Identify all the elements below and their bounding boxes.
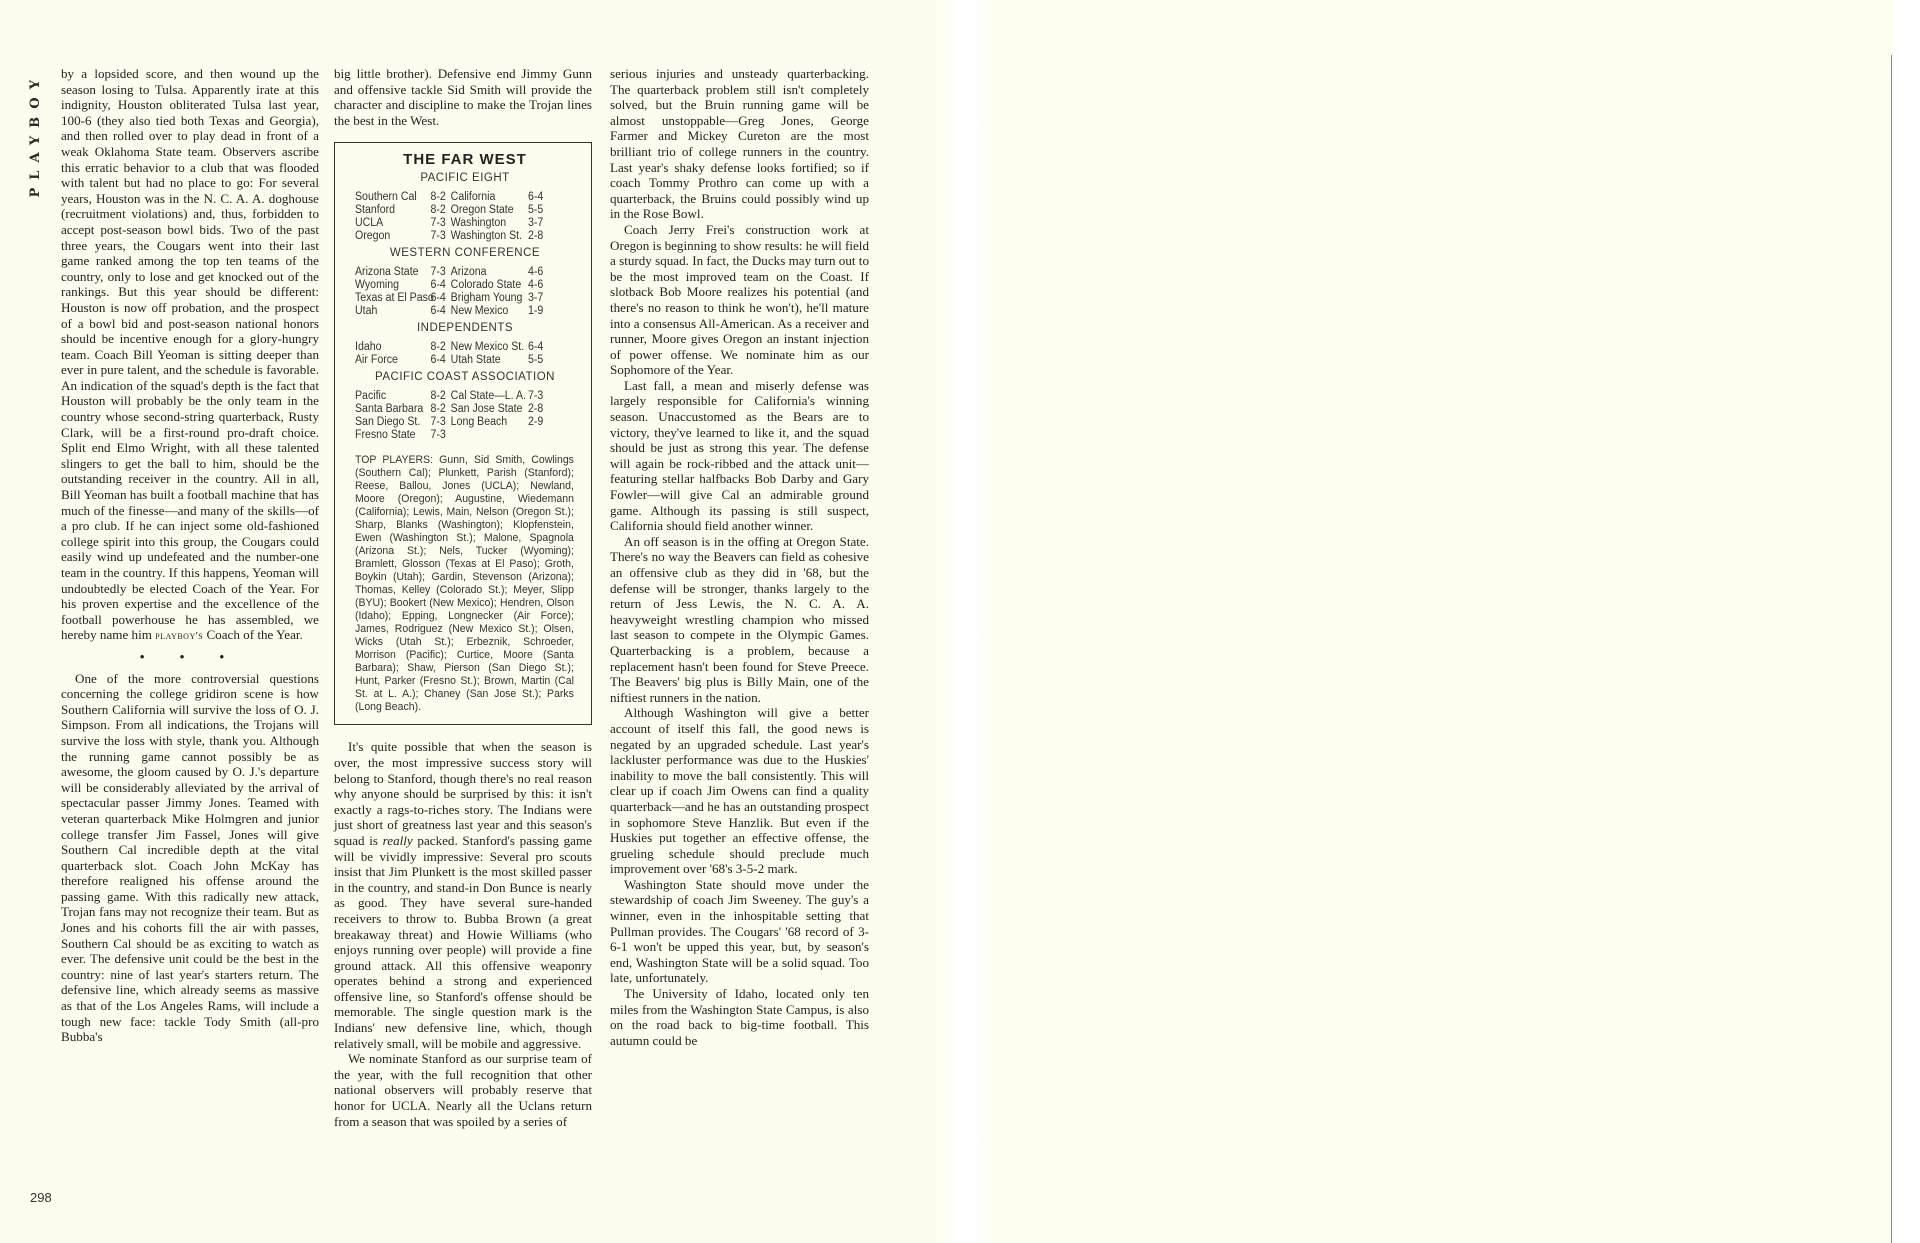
team-record: 6-4 xyxy=(430,292,450,305)
team-record: 6-4 xyxy=(430,305,450,318)
team-record: 3-7 xyxy=(528,217,548,230)
team-name: Fresno State xyxy=(355,429,430,442)
top-players-list: TOP PLAYERS: Gunn, Sid Smith, Cowlings (… xyxy=(355,454,574,714)
paragraph: The University of Idaho, located only te… xyxy=(610,986,869,1048)
team-record: 5-5 xyxy=(528,204,548,217)
page-number: 298 xyxy=(30,1190,52,1205)
team-record: 8-2 xyxy=(430,191,450,204)
team-name: Arizona xyxy=(451,266,528,279)
paragraph: serious injuries and unsteady quarterbac… xyxy=(610,66,869,222)
article-column-2: big little brother). Defensive end Jimmy… xyxy=(334,66,592,1129)
far-west-sidebar-box: THE FAR WEST PACIFIC EIGHT Southern Cal8… xyxy=(334,142,592,725)
team-record: 7-3 xyxy=(430,416,450,429)
team-name: Oregon State xyxy=(451,204,528,217)
team-name: Stanford xyxy=(355,204,430,217)
article-column-1: by a lopsided score, and then wound up t… xyxy=(61,66,319,1045)
team-name: Washington xyxy=(451,217,528,230)
team-record: 8-2 xyxy=(430,403,450,416)
team-record: 6-4 xyxy=(430,354,450,367)
team-name: Utah State xyxy=(451,354,528,367)
team-name: Idaho xyxy=(355,341,430,354)
paragraph-text: packed. Stanford's passing game will be … xyxy=(334,833,592,1051)
team-record xyxy=(528,429,548,442)
team-record: 8-2 xyxy=(430,204,450,217)
paragraph: One of the more controversial questions … xyxy=(61,671,319,1045)
team-name: Long Beach xyxy=(451,416,528,429)
standings-table: Pacific8-2Cal State—L. A.7-3 Santa Barba… xyxy=(355,390,557,442)
sidebar-title: THE FAR WEST xyxy=(355,153,575,166)
team-name: New Mexico xyxy=(451,305,528,318)
team-name: San Diego St. xyxy=(355,416,430,429)
conference-heading: PACIFIC COAST ASSOCIATION xyxy=(355,371,575,384)
page-gutter xyxy=(935,0,995,1243)
team-name: Arizona State xyxy=(355,266,430,279)
team-name: Pacific xyxy=(355,390,430,403)
team-record: 7-3 xyxy=(430,429,450,442)
standings-table: Arizona State7-3Arizona4-6 Wyoming6-4Col… xyxy=(355,266,557,318)
team-name: Texas at El Paso xyxy=(355,292,430,305)
section-separator: • • • xyxy=(61,649,319,665)
standings-table: Southern Cal8-2California6-4 Stanford8-2… xyxy=(355,191,557,243)
paragraph: Washington State should move under the s… xyxy=(610,877,869,986)
team-name: UCLA xyxy=(355,217,430,230)
team-name: Utah xyxy=(355,305,430,318)
team-record: 7-3 xyxy=(430,230,450,243)
team-record: 4-6 xyxy=(528,266,548,279)
team-record: 4-6 xyxy=(528,279,548,292)
team-name: Oregon xyxy=(355,230,430,243)
team-record: 5-5 xyxy=(528,354,548,367)
team-record: 7-3 xyxy=(528,390,548,403)
team-record: 8-2 xyxy=(430,341,450,354)
article-column-3: serious injuries and unsteady quarterbac… xyxy=(610,66,869,1048)
conference-heading: PACIFIC EIGHT xyxy=(355,172,575,185)
team-name: Southern Cal xyxy=(355,191,430,204)
team-record: 2-8 xyxy=(528,403,548,416)
paragraph: big little brother). Defensive end Jimmy… xyxy=(334,66,592,128)
team-record: 6-4 xyxy=(430,279,450,292)
paragraph: by a lopsided score, and then wound up t… xyxy=(61,66,319,645)
paragraph: Last fall, a mean and miserly defense wa… xyxy=(610,378,869,534)
paragraph: Although Washington will give a better a… xyxy=(610,705,869,877)
team-record: 2-8 xyxy=(528,230,548,243)
team-record: 6-4 xyxy=(528,341,548,354)
team-record: 7-3 xyxy=(430,217,450,230)
emphasis-text: really xyxy=(383,833,413,848)
standings-table: Idaho8-2New Mexico St.6-4 Air Force6-4Ut… xyxy=(355,341,557,367)
team-record: 6-4 xyxy=(528,191,548,204)
magazine-name: playboy's xyxy=(155,630,203,642)
paragraph-text: Coach of the Year. xyxy=(206,627,302,642)
team-name: Cal State—L. A. xyxy=(451,390,528,403)
running-head: PLAYBOY xyxy=(28,72,48,197)
paragraph: It's quite possible that when the season… xyxy=(334,739,592,1051)
conference-heading: WESTERN CONFERENCE xyxy=(355,247,575,260)
magazine-spread: PLAYBOY 298 by a lopsided score, and the… xyxy=(0,0,1920,1243)
team-name: Washington St. xyxy=(451,230,528,243)
team-record: 8-2 xyxy=(430,390,450,403)
page-edge-line xyxy=(1891,55,1892,1243)
paragraph-text: It's quite possible that when the season… xyxy=(334,739,592,848)
team-record: 3-7 xyxy=(528,292,548,305)
right-page-blank xyxy=(995,0,1885,1243)
team-name: Santa Barbara xyxy=(355,403,430,416)
team-name: Brigham Young xyxy=(451,292,528,305)
team-record: 2-9 xyxy=(528,416,548,429)
paragraph: Coach Jerry Frei's construction work at … xyxy=(610,222,869,378)
team-name: New Mexico St. xyxy=(451,341,528,354)
team-name: Colorado State xyxy=(451,279,528,292)
page-edge-margin xyxy=(1893,0,1920,1243)
team-name: Air Force xyxy=(355,354,430,367)
team-name: Wyoming xyxy=(355,279,430,292)
conference-heading: INDEPENDENTS xyxy=(355,322,575,335)
team-name: San Jose State xyxy=(451,403,528,416)
paragraph: An off season is in the offing at Oregon… xyxy=(610,534,869,706)
paragraph-text: by a lopsided score, and then wound up t… xyxy=(61,66,319,642)
team-record: 1-9 xyxy=(528,305,548,318)
team-name: California xyxy=(451,191,528,204)
team-record: 7-3 xyxy=(430,266,450,279)
team-name xyxy=(451,429,528,442)
paragraph: We nominate Stanford as our surprise tea… xyxy=(334,1051,592,1129)
